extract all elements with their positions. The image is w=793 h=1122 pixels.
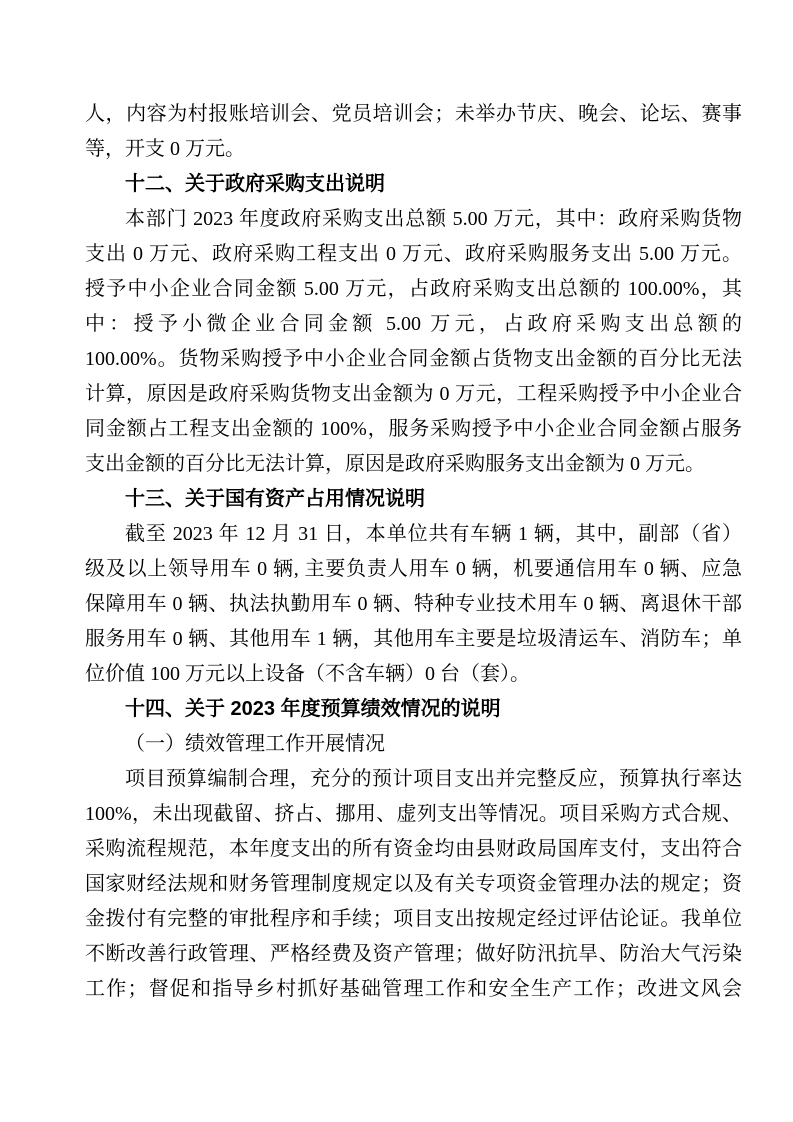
section-heading-14: 十四、关于 2023 年度预算绩效情况的说明: [85, 692, 742, 727]
body-text-line: 100%，未出现截留、挤占、挪用、虚列支出等情况。项目采购方式合规、: [85, 797, 742, 832]
body-text-line: 不断改善行政管理、严格经费及资产管理；做好防汛抗旱、防治大气污染: [85, 937, 742, 972]
document-page: 人，内容为村报账培训会、党员培训会；未举办节庆、晚会、论坛、赛事 等，开支 0 …: [0, 0, 793, 1122]
section-heading-12: 十二、关于政府采购支出说明: [85, 167, 742, 202]
subsection-heading-1: （一）绩效管理工作开展情况: [85, 727, 742, 762]
body-text-line: 支出金额的百分比无法计算，原因是政府采购服务支出金额为 0 万元。: [85, 447, 742, 482]
body-text-line: 采购流程规范，本年度支出的所有资金均由县财政局国库支付，支出符合: [85, 832, 742, 867]
body-text-line: 保障用车 0 辆、执法执勤用车 0 辆、特种专业技术用车 0 辆、离退休干部: [85, 587, 742, 622]
body-text-line: 等，开支 0 万元。: [85, 132, 742, 167]
body-text-line: 中：授予小微企业合同金额 5.00 万元，占政府采购支出总额的: [85, 307, 742, 342]
body-text-line: 人，内容为村报账培训会、党员培训会；未举办节庆、晚会、论坛、赛事: [85, 97, 742, 132]
body-text-line: 工作；督促和指导乡村抓好基础管理工作和安全生产工作；改进文风会: [85, 972, 742, 1007]
body-text-line: 位价值 100 万元以上设备（不含车辆）0 台（套）。: [85, 657, 742, 692]
body-text-line: 国家财经法规和财务管理制度规定以及有关专项资金管理办法的规定；资: [85, 867, 742, 902]
body-text-line: 级及以上领导用车 0 辆, 主要负责人用车 0 辆，机要通信用车 0 辆、应急: [85, 552, 742, 587]
body-text-line: 项目预算编制合理，充分的预计项目支出并完整反应，预算执行率达: [85, 762, 742, 797]
body-text-line: 授予中小企业合同金额 5.00 万元，占政府采购支出总额的 100.00%，其: [85, 272, 742, 307]
body-text-line: 本部门 2023 年度政府采购支出总额 5.00 万元，其中：政府采购货物: [85, 202, 742, 237]
body-text-line: 100.00%。货物采购授予中小企业合同金额占货物支出金额的百分比无法: [85, 342, 742, 377]
body-text-line: 同金额占工程支出金额的 100%，服务采购授予中小企业合同金额占服务: [85, 412, 742, 447]
body-text-line: 支出 0 万元、政府采购工程支出 0 万元、政府采购服务支出 5.00 万元。: [85, 237, 742, 272]
body-text-line: 计算，原因是政府采购货物支出金额为 0 万元，工程采购授予中小企业合: [85, 377, 742, 412]
body-text-line: 服务用车 0 辆、其他用车 1 辆，其他用车主要是垃圾清运车、消防车；单: [85, 622, 742, 657]
body-text-line: 截至 2023 年 12 月 31 日，本单位共有车辆 1 辆，其中，副部（省）: [85, 517, 742, 552]
body-text-line: 金拨付有完整的审批程序和手续；项目支出按规定经过评估论证。我单位: [85, 902, 742, 937]
section-heading-13: 十三、关于国有资产占用情况说明: [85, 482, 742, 517]
